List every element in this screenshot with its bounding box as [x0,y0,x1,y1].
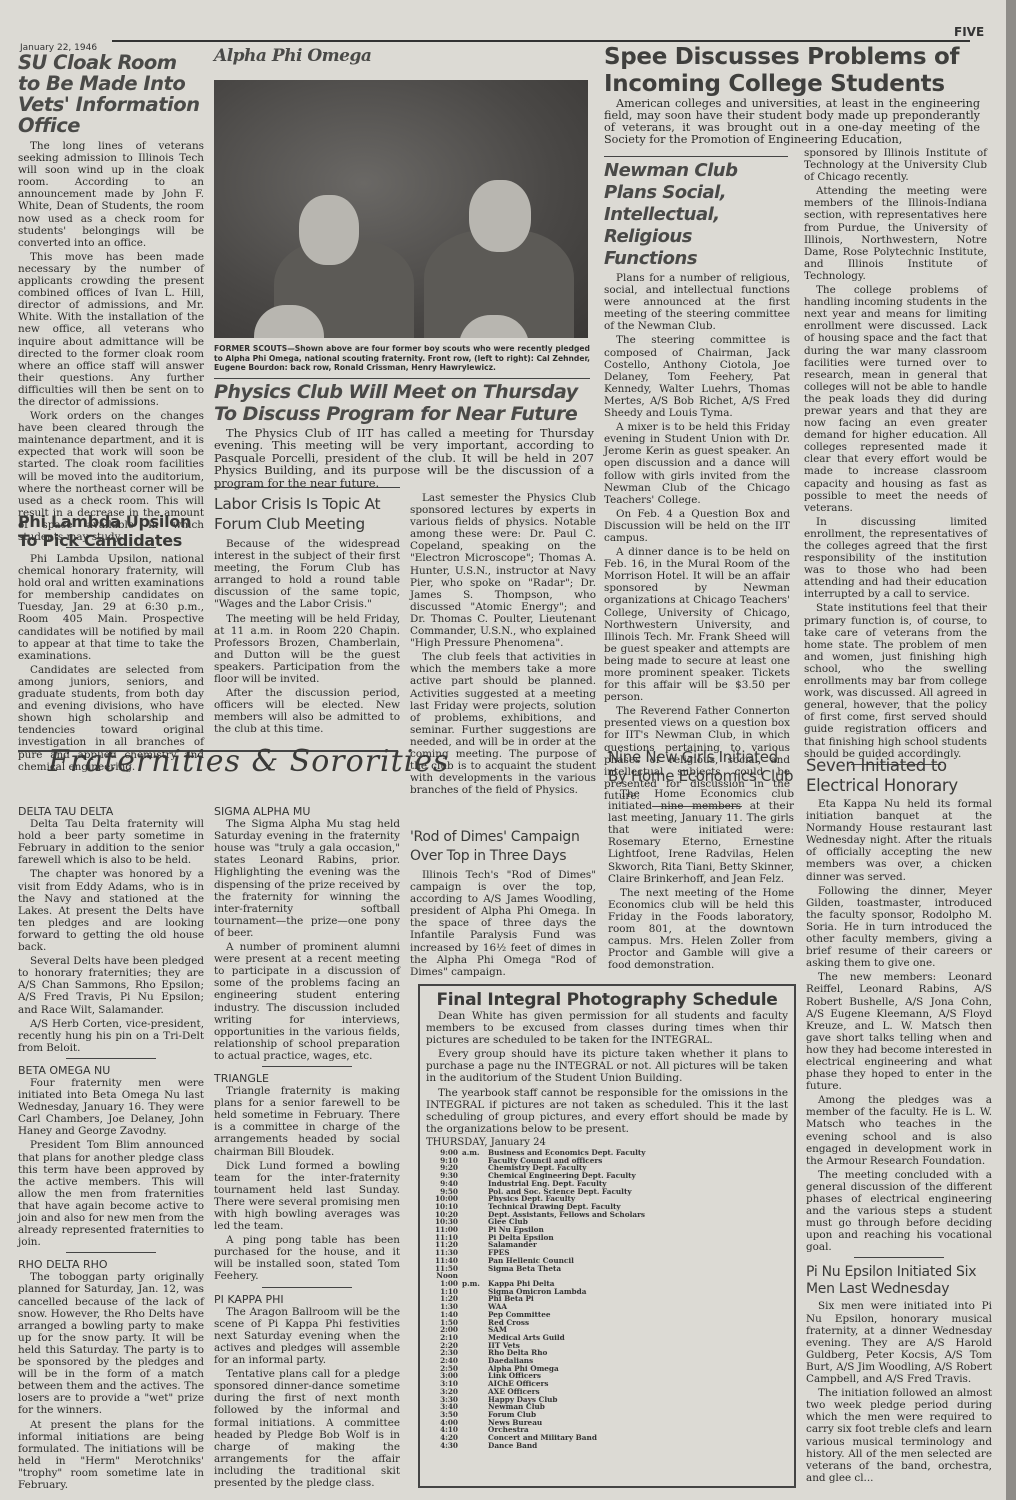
article-cloak-room: SU Cloak Room to Be Made Into Vets' Info… [18,52,204,554]
paragraph: Eta Kappa Nu held its formal initiation … [806,798,992,883]
schedule-row: 1:00p.m.Kappa Phi Delta [426,1280,788,1288]
paragraph: The Sigma Alpha Mu stag held Saturday ev… [214,818,400,939]
paragraph: Among the pledges was a member of the fa… [806,1094,992,1167]
article-phi-lambda: Phi Lambda Upsilon To Pick Candidates Ph… [18,512,204,775]
paragraph: The next meeting of the Home Economics c… [608,887,794,972]
article-newman: Newman Club Plans Social, Intellectual, … [604,160,790,813]
schedule-ampm [462,1411,488,1419]
headline: Pi Nu Epsilon Initiated Six Men Last Wed… [806,1264,992,1298]
schedule-ampm [462,1303,488,1311]
paragraph: The chapter was honored by a visit from … [18,868,204,953]
page-number: FIVE [954,26,984,38]
divider [604,156,788,157]
section-title: Fraternities & Sororities [48,756,449,768]
headline: Physics Club Will Meet on Thursday To Di… [214,381,594,425]
divider [262,1287,352,1288]
schedule-ampm [462,1372,488,1380]
article-lead: American colleges and universities, at l… [604,98,980,146]
schedule-row: 1:30WAA [426,1303,788,1311]
article-labor-crisis: Labor Crisis Is Topic At Forum Club Meet… [214,494,400,738]
headline: SU Cloak Room to Be Made Into Vets' Info… [18,52,204,136]
article-body: Phi Lambda Upsilon, national chemical ho… [18,553,204,773]
schedule-ampm [462,1180,488,1188]
divider [854,1257,944,1258]
paragraph: sponsored by Illinois Institute of Techn… [804,147,987,183]
schedule-row: 9:00a.m.Business and Economics Dept. Fac… [426,1149,788,1157]
schedule-ampm [462,1195,488,1203]
schedule-ampm: p.m. [462,1280,488,1288]
photo-headline: Alpha Phi Omega [214,50,371,62]
headline: Spee Discusses Problems of Incoming Coll… [604,44,980,98]
schedule-ampm [462,1211,488,1219]
article-body: Six men were initiated into Pi Nu Epsilo… [806,1300,992,1483]
article-body: The Home Economics club initiated nine m… [608,788,794,971]
schedule-row: 1:10Sigma Omicron Lambda [426,1288,788,1296]
frat-name: DELTA TAU DELTA [18,806,204,818]
schedule-ampm [462,1172,488,1180]
paragraph: Every group should have its picture take… [426,1048,788,1084]
paragraph: American colleges and universities, at l… [604,98,980,146]
schedule-ampm [462,1380,488,1388]
headline: Seven Initiated to Electrical Honorary [806,756,992,796]
schedule-row: 2:00SAM [426,1326,788,1334]
schedule-row: 3:20AXE Officers [426,1388,788,1396]
paragraph: The new members: Leonard Reiffel, Leonar… [806,971,992,1092]
schedule-ampm [462,1334,488,1342]
schedule-row: 4:10Orchestra [426,1426,788,1434]
schedule-group: Dance Band [488,1442,537,1450]
paragraph: The initiation followed an almost two we… [806,1387,992,1484]
paragraph: Illinois Tech's "Rod of Dimes" campaign … [410,869,596,978]
paragraph: President Tom Blim announced that plans … [18,1139,204,1248]
paragraph: Four fraternity men were initiated into … [18,1077,204,1137]
headline: Phi Lambda Upsilon To Pick Candidates [18,512,204,550]
schedule-row: 3:10AIChE Officers [426,1380,788,1388]
schedule-row: 3:30Happy Days Club [426,1396,788,1404]
schedule-ampm [462,1234,488,1242]
paragraph: The Home Economics club initiated nine m… [608,788,794,885]
schedule-row: 11:20Salamander [426,1241,788,1249]
schedule-row: 9:50Pol. and Soc. Science Dept. Faculty [426,1188,788,1196]
schedule-ampm [462,1188,488,1196]
schedule-ampm [462,1365,488,1373]
paragraph: The college problems of handling incomin… [804,284,987,514]
schedule-ampm [462,1357,488,1365]
schedule-ampm [462,1319,488,1327]
frat-name: PI KAPPA PHI [214,1294,400,1306]
paragraph: Following the dinner, Meyer Gilden, toas… [806,885,992,970]
spee-continued: sponsored by Illinois Institute of Techn… [804,147,987,771]
article-body: Dean White has given permission for all … [426,1010,788,1135]
schedule-row: 11:30FPES [426,1249,788,1257]
schedule-row: Noon [426,1272,788,1280]
schedule-ampm [462,1203,488,1211]
paragraph: Last semester the Physics Club sponsored… [410,492,596,649]
paragraph: Six men were initiated into Pi Nu Epsilo… [806,1300,992,1385]
schedule-row: 4:00News Bureau [426,1419,788,1427]
schedule-row: 3:50Forum Club [426,1411,788,1419]
schedule-ampm [462,1326,488,1334]
frat-name: TRIANGLE [214,1073,400,1085]
article-electrical: Seven Initiated to Electrical Honorary E… [806,756,992,1486]
schedule-list: 9:00a.m.Business and Economics Dept. Fac… [426,1149,788,1449]
schedule-ampm [462,1403,488,1411]
paragraph: State institutions feel that their prima… [804,602,987,759]
schedule-row: 2:10Medical Arts Guild [426,1334,788,1342]
schedule-row: 4:20Concert and Military Band [426,1434,788,1442]
schedule-ampm: a.m. [462,1149,488,1157]
schedule-group: Sigma Beta Theta [488,1265,561,1273]
schedule-row: 1:40Pep Committee [426,1311,788,1319]
schedule-row: 3:40Newman Club [426,1403,788,1411]
schedule-ampm [462,1349,488,1357]
divider [214,487,400,488]
newspaper-page: FIVE January 22, 1946 SU Cloak Room to B… [0,0,1006,1500]
schedule-ampm [462,1257,488,1265]
paragraph: A/S Herb Corten, vice-president, recentl… [18,1018,204,1054]
schedule-row: 10:30Glee Club [426,1218,788,1226]
article-body: Plans for a number of religious, social,… [604,272,790,802]
paragraph: The meeting concluded with a general dis… [806,1169,992,1254]
masthead-rule [112,40,970,42]
paragraph: The yearbook staff cannot be responsible… [426,1087,788,1135]
schedule-row: 11:00Pi Nu Epsilon [426,1226,788,1234]
paragraph: A mixer is to be held this Friday evenin… [604,421,790,506]
paragraph: At present the plans for the informal in… [18,1419,204,1492]
integral-schedule-box: Final Integral Photography Schedule Dean… [418,984,796,1488]
article-rod-of-dimes: 'Rod of Dimes' Campaign Over Top in Thre… [410,828,596,980]
paragraph: This move has been made necessary by the… [18,251,204,408]
schedule-row: 4:30Dance Band [426,1442,788,1450]
frat-name: BETA OMEGA NU [18,1065,204,1077]
schedule-ampm [462,1442,488,1450]
divider [66,1252,156,1253]
article-body: Eta Kappa Nu held its formal initiation … [806,798,992,1253]
schedule-row: 2:50Alpha Phi Omega [426,1365,788,1373]
schedule-row: 9:30Chemical Engineering Dept. Faculty [426,1172,788,1180]
paragraph: Dean White has given permission for all … [426,1010,788,1046]
paragraph: Phi Lambda Upsilon, national chemical ho… [18,553,204,662]
paragraph: Delta Tau Delta fraternity will hold a b… [18,818,204,866]
paragraph: Triangle fraternity is making plans for … [214,1085,400,1158]
paragraph: The Physics Club of IIT has called a mee… [214,427,594,489]
schedule-row: 11:40Pan Hellenic Council [426,1257,788,1265]
paragraph: A dinner dance is to be held on Feb. 16,… [604,546,790,703]
schedule-ampm [462,1241,488,1249]
schedule-ampm [462,1288,488,1296]
schedule-ampm [462,1419,488,1427]
frat-column-2: SIGMA ALPHA MU The Sigma Alpha Mu stag h… [214,804,400,1491]
schedule-row: 11:10Pi Delta Epsilon [426,1234,788,1242]
schedule-row: 3:00Link Officers [426,1372,788,1380]
schedule-ampm [462,1265,488,1273]
schedule-ampm [462,1249,488,1257]
divider [262,1066,352,1067]
headline: 'Rod of Dimes' Campaign Over Top in Thre… [410,828,596,866]
article-body: The long lines of veterans seeking admis… [18,140,204,543]
schedule-time: 4:30 [426,1442,462,1450]
paragraph: The toboggan party originally planned fo… [18,1271,204,1416]
schedule-ampm [462,1311,488,1319]
schedule-row: 10:20Dept. Assistants, Fellows and Schol… [426,1211,788,1219]
article-body: Illinois Tech's "Rod of Dimes" campaign … [410,869,596,978]
schedule-ampm [462,1157,488,1165]
page-edge [1006,0,1016,1500]
article-lead: The Physics Club of IIT has called a mee… [214,427,594,489]
paragraph: Plans for a number of religious, social,… [604,272,790,332]
schedule-row: 9:10Faculty Council and officers [426,1157,788,1165]
paragraph: In discussing limited enrollment, the re… [804,516,987,601]
headline: Final Integral Photography Schedule [426,990,788,1010]
paragraph: Dick Lund formed a bowling team for the … [214,1160,400,1233]
paragraph: Because of the widespread interest in th… [214,538,400,611]
paragraph: After the discussion period, officers wi… [214,687,400,735]
article-spee: Spee Discusses Problems of Incoming Coll… [604,44,980,148]
schedule-ampm [462,1388,488,1396]
paragraph: The long lines of veterans seeking admis… [18,140,204,249]
paragraph: Attending the meeting were members of th… [804,185,987,282]
frat-column-1: DELTA TAU DELTA Delta Tau Delta fraterni… [18,804,204,1493]
schedule-row: 2:30Rho Delta Rho [426,1349,788,1357]
paragraph: A number of prominent alumni were presen… [214,941,400,1062]
frat-name: RHO DELTA RHO [18,1259,204,1271]
schedule-row: 2:20IIT Vets [426,1342,788,1350]
paragraph: On Feb. 4 a Question Box and Discussion … [604,508,790,544]
schedule-ampm [462,1226,488,1234]
schedule-ampm [462,1396,488,1404]
paragraph: The steering committee is composed of Ch… [604,334,790,419]
article-home-ec: Nine New Girls Initiated By Home Economi… [608,748,794,973]
schedule-ampm [462,1426,488,1434]
paragraph: A ping pong table has been purchased for… [214,1234,400,1282]
schedule-row: 2:40Daedalians [426,1357,788,1365]
schedule-row: 1:50Red Cross [426,1319,788,1327]
group-photo [214,80,588,338]
headline: Newman Club Plans Social, Intellectual, … [604,160,790,270]
photo-caption: FORMER SCOUTS—Shown above are four forme… [214,344,590,373]
schedule-ampm [462,1295,488,1303]
schedule-ampm [462,1164,488,1172]
paragraph: Tentative plans call for a pledge sponso… [214,1368,400,1489]
schedule-row: 11:50Sigma Beta Theta [426,1265,788,1273]
frat-name: SIGMA ALPHA MU [214,806,400,818]
article-body: Because of the widespread interest in th… [214,538,400,736]
schedule-ampm [462,1342,488,1350]
schedule-ampm [462,1218,488,1226]
article-physics-club: Physics Club Will Meet on Thursday To Di… [214,381,594,491]
divider [214,378,590,379]
paragraph: Several Delts have been pledged to honor… [18,955,204,1015]
divider [66,1058,156,1059]
headline: Nine New Girls Initiated By Home Economi… [608,748,794,786]
paragraph: The meeting will be held Friday, at 11 a… [214,613,400,686]
headline: Labor Crisis Is Topic At Forum Club Meet… [214,494,400,534]
paragraph: The Aragon Ballroom will be the scene of… [214,1306,400,1366]
schedule-ampm [462,1434,488,1442]
schedule-row: 1:20Phi Beta Pi [426,1295,788,1303]
